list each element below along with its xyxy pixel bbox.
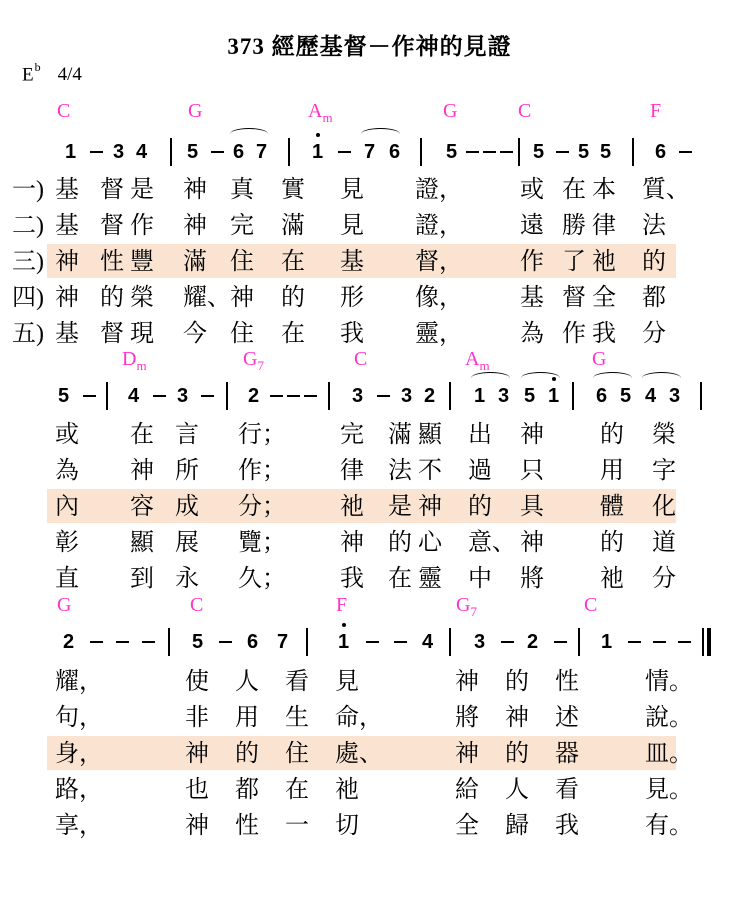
duration-dash xyxy=(366,641,379,643)
lyric-row: 享，神性一切全歸我有。 xyxy=(0,808,739,844)
duration-dash xyxy=(90,151,103,153)
lyric-char: 我 xyxy=(340,563,364,595)
lyric-char: 祂 xyxy=(600,563,624,595)
chord-subscript: 7 xyxy=(257,358,264,373)
lyric-char: 滿 xyxy=(281,210,305,242)
lyric-char: 情。 xyxy=(645,666,693,698)
chord-symbol: Dm xyxy=(122,348,147,371)
lyric-char: 或 xyxy=(520,174,544,206)
note-number: 2 xyxy=(424,382,435,410)
lyric-char: 或 xyxy=(55,419,79,451)
lyric-row: 三)神性豐滿住在基督，作了祂的 xyxy=(0,244,739,280)
lyric-char: 督 xyxy=(100,210,124,242)
lyric-row: 內容成分；祂是神的具體化 xyxy=(0,489,739,525)
lyric-char: 靈 xyxy=(418,563,442,595)
lyric-row: 句，非用生命，將神述說。 xyxy=(0,700,739,736)
lyric-char: 律 xyxy=(592,210,616,242)
barline xyxy=(226,382,228,410)
lyric-char: 的 xyxy=(235,738,259,770)
lyric-char: 在 xyxy=(281,318,305,350)
lyric-char: 中 xyxy=(468,563,492,595)
lyric-char: 住 xyxy=(230,246,254,278)
lyric-char: 覽； xyxy=(238,527,286,559)
lyric-char: 我 xyxy=(340,318,364,350)
note-number: 2 xyxy=(527,628,538,656)
final-barline-thick xyxy=(707,628,711,656)
hymn-sheet: 373 經歷基督－作神的見證 Eb4/4 CGAmGCF134567176555… xyxy=(0,0,739,897)
duration-dash xyxy=(678,641,691,643)
lyric-char: 的 xyxy=(388,527,412,559)
lyric-char: 所 xyxy=(175,455,199,487)
slur-arc xyxy=(230,128,268,140)
duration-dash xyxy=(556,151,569,153)
chord-subscript: 7 xyxy=(470,604,477,619)
lyric-char: 我 xyxy=(555,810,579,842)
lyric-char: 督 xyxy=(100,174,124,206)
lyric-char: 將 xyxy=(520,563,544,595)
note-number: 6 xyxy=(233,138,244,166)
lyric-char: 為 xyxy=(520,318,544,350)
lyric-char: 神 xyxy=(455,738,479,770)
note-number: 5 xyxy=(58,382,69,410)
lyric-char: 滿 xyxy=(183,246,207,278)
lyric-char: 今 xyxy=(183,318,207,350)
lyric-char: 律 xyxy=(340,455,364,487)
lyric-char: 神 xyxy=(55,246,79,278)
lyric-char: 為 xyxy=(55,455,79,487)
note-number: 4 xyxy=(645,382,656,410)
lyric-char: 住 xyxy=(230,318,254,350)
lyric-char: 完 xyxy=(230,210,254,242)
barline xyxy=(106,382,108,410)
lyric-row: 四)神的榮耀、神的形像，基督全都 xyxy=(0,280,739,316)
lyric-char: 人 xyxy=(505,774,529,806)
lyric-char: 命， xyxy=(335,702,383,734)
duration-dash xyxy=(153,395,166,397)
note-number: 5 xyxy=(187,138,198,166)
lyric-char: 見 xyxy=(340,210,364,242)
lyric-char: 全 xyxy=(592,282,616,314)
note-number: 7 xyxy=(277,628,288,656)
lyric-char: 的 xyxy=(600,419,624,451)
lyric-char: 是 xyxy=(388,491,412,523)
barline xyxy=(578,628,580,656)
barline xyxy=(168,628,170,656)
system-3: GCFG7C256714321耀，使人看見神的性情。句，非用生命，將神述說。身，… xyxy=(0,594,739,854)
chord-symbol: Am xyxy=(465,348,490,371)
lyric-char: 作 xyxy=(520,246,544,278)
lyric-char: 神 xyxy=(505,702,529,734)
lyric-char: 神 xyxy=(340,527,364,559)
barline xyxy=(288,138,290,166)
lyric-char: 出 xyxy=(468,419,492,451)
chord-subscript: m xyxy=(136,358,146,373)
lyric-char: 將 xyxy=(455,702,479,734)
lyric-char: 到 xyxy=(130,563,154,595)
lyric-char: 見。 xyxy=(645,774,693,806)
barline xyxy=(420,138,422,166)
note-number: 7 xyxy=(364,138,375,166)
duration-dash xyxy=(219,641,232,643)
duration-dash xyxy=(628,641,641,643)
lyric-char: 給 xyxy=(455,774,479,806)
lyric-char: 意、 xyxy=(468,527,516,559)
system-2: DmG7CAmG543233213516543或在言行；完滿顯出神的榮為神所作；… xyxy=(0,348,739,608)
system-1: CGAmGCF13456717655556一)基督是神真實見證，或在本質、二)基… xyxy=(0,100,739,360)
lyric-char: 神 xyxy=(418,491,442,523)
duration-dash xyxy=(211,151,224,153)
lyric-char: 的 xyxy=(100,282,124,314)
duration-dash xyxy=(90,641,103,643)
lyric-char: 分； xyxy=(238,491,286,523)
lyric-char: 都 xyxy=(235,774,259,806)
note-number: 2 xyxy=(63,628,74,656)
lyric-char: 督 xyxy=(562,282,586,314)
chord-symbol: F xyxy=(336,594,347,617)
final-barline-thin xyxy=(702,628,704,656)
chord-row: GCFG7C xyxy=(0,594,739,620)
lyric-char: 的 xyxy=(505,738,529,770)
note-number: 3 xyxy=(498,382,509,410)
barline xyxy=(518,138,520,166)
lyric-row: 二)基督作神完滿見證，遠勝律法 xyxy=(0,208,739,244)
octave-dot xyxy=(316,133,320,137)
duration-dash xyxy=(201,395,214,397)
lyric-char: 我 xyxy=(592,318,616,350)
lyric-char: 的 xyxy=(468,491,492,523)
duration-dash xyxy=(554,641,567,643)
lyric-char: 作 xyxy=(562,318,586,350)
note-number: 7 xyxy=(256,138,267,166)
lyric-char: 耀、 xyxy=(183,282,231,314)
lyric-char: 久； xyxy=(238,563,286,595)
note-number: 4 xyxy=(128,382,139,410)
slur-arc xyxy=(471,372,510,384)
note-number: 2 xyxy=(248,382,259,410)
key-note: E xyxy=(22,64,34,85)
lyric-char: 的 xyxy=(600,527,624,559)
verse-label: 三) xyxy=(12,246,44,278)
lyric-char: 切 xyxy=(335,810,359,842)
lyric-row: 身，神的住處、神的器皿。 xyxy=(0,736,739,772)
lyric-char: 的 xyxy=(281,282,305,314)
lyric-char: 祂 xyxy=(592,246,616,278)
lyric-char: 分 xyxy=(642,318,666,350)
note-number: 6 xyxy=(389,138,400,166)
slur-arc xyxy=(593,372,632,384)
note-number: 5 xyxy=(578,138,589,166)
lyric-char: 神 xyxy=(183,210,207,242)
lyric-char: 現 xyxy=(130,318,154,350)
notation-row: 543233213516543 xyxy=(0,382,739,410)
duration-dash xyxy=(338,151,351,153)
barline xyxy=(449,382,451,410)
note-number: 6 xyxy=(247,628,258,656)
lyric-row: 一)基督是神真實見證，或在本質、 xyxy=(0,172,739,208)
barline xyxy=(306,628,308,656)
note-number: 1 xyxy=(474,382,485,410)
lyric-row: 或在言行；完滿顯出神的榮 xyxy=(0,417,739,453)
lyric-char: 性 xyxy=(235,810,259,842)
lyric-char: 神 xyxy=(185,738,209,770)
note-number: 3 xyxy=(352,382,363,410)
duration-dash xyxy=(83,395,96,397)
lyric-char: 作 xyxy=(130,210,154,242)
lyric-char: 生 xyxy=(285,702,309,734)
duration-dash xyxy=(483,151,496,153)
barline xyxy=(632,138,634,166)
duration-dash xyxy=(287,395,300,397)
lyric-char: 了 xyxy=(562,246,586,278)
note-number: 5 xyxy=(524,382,535,410)
note-number: 4 xyxy=(136,138,147,166)
duration-dash xyxy=(116,641,129,643)
note-number: 1 xyxy=(338,628,349,656)
notation-row: 256714321 xyxy=(0,628,739,656)
note-number: 5 xyxy=(620,382,631,410)
slur-arc xyxy=(361,128,400,140)
lyric-char: 法 xyxy=(642,210,666,242)
lyric-char: 神 xyxy=(183,174,207,206)
lyric-char: 顯 xyxy=(130,527,154,559)
lyric-char: 路， xyxy=(55,774,103,806)
lyric-char: 祂 xyxy=(335,774,359,806)
slur-arc xyxy=(521,372,560,384)
lyric-char: 法 xyxy=(388,455,412,487)
duration-dash xyxy=(304,395,317,397)
note-number: 4 xyxy=(422,628,433,656)
lyric-char: 人 xyxy=(235,666,259,698)
lyric-char: 字 xyxy=(652,455,676,487)
note-number: 5 xyxy=(192,628,203,656)
lyric-char: 身， xyxy=(55,738,103,770)
lyric-char: 性 xyxy=(555,666,579,698)
lyric-char: 耀， xyxy=(55,666,103,698)
duration-dash xyxy=(500,151,513,153)
lyric-char: 也 xyxy=(185,774,209,806)
lyric-char: 遠 xyxy=(520,210,544,242)
lyric-char: 形 xyxy=(340,282,364,314)
lyric-char: 述 xyxy=(555,702,579,734)
lyric-char: 神 xyxy=(520,419,544,451)
lyric-row: 路，也都在祂給人看見。 xyxy=(0,772,739,808)
chord-symbol: G xyxy=(443,100,457,123)
lyric-char: 都 xyxy=(642,282,666,314)
lyric-char: 神 xyxy=(230,282,254,314)
lyric-char: 真 xyxy=(230,174,254,206)
lyric-row: 耀，使人看見神的性情。 xyxy=(0,664,739,700)
chord-symbol: G xyxy=(57,594,71,617)
barline xyxy=(328,382,330,410)
lyric-char: 的 xyxy=(642,246,666,278)
lyric-char: 督， xyxy=(415,246,463,278)
slur-arc xyxy=(642,372,681,384)
lyric-char: 神 xyxy=(520,527,544,559)
note-number: 3 xyxy=(474,628,485,656)
lyric-char: 完 xyxy=(340,419,364,451)
verse-label: 五) xyxy=(12,318,44,350)
barline xyxy=(700,382,702,410)
lyric-char: 基 xyxy=(520,282,544,314)
verse-label: 一) xyxy=(12,174,44,206)
note-number: 6 xyxy=(655,138,666,166)
lyric-char: 滿 xyxy=(388,419,412,451)
chord-symbol: G xyxy=(188,100,202,123)
lyric-char: 作； xyxy=(238,455,286,487)
lyric-char: 榮 xyxy=(130,282,154,314)
duration-dash xyxy=(142,641,155,643)
duration-dash xyxy=(394,641,407,643)
lyric-row: 直到永久；我在靈中將祂分 xyxy=(0,561,739,597)
lyric-char: 是 xyxy=(130,174,154,206)
lyric-char: 看 xyxy=(555,774,579,806)
note-number: 3 xyxy=(113,138,124,166)
lyric-char: 的 xyxy=(505,666,529,698)
lyric-char: 看 xyxy=(285,666,309,698)
lyric-char: 皿。 xyxy=(645,738,693,770)
lyric-char: 行； xyxy=(238,419,286,451)
final-barline xyxy=(702,628,711,656)
note-number: 1 xyxy=(312,138,323,166)
chord-symbol: C xyxy=(190,594,203,617)
lyric-char: 見 xyxy=(335,666,359,698)
duration-dash xyxy=(679,151,692,153)
lyric-char: 神 xyxy=(130,455,154,487)
lyric-char: 基 xyxy=(55,174,79,206)
note-number: 1 xyxy=(548,382,559,410)
flat-symbol: b xyxy=(35,60,41,74)
note-number: 5 xyxy=(446,138,457,166)
chord-symbol: C xyxy=(518,100,531,123)
lyric-char: 靈， xyxy=(415,318,463,350)
lyric-char: 體 xyxy=(600,491,624,523)
lyric-char: 在 xyxy=(285,774,309,806)
lyric-char: 說。 xyxy=(645,702,693,734)
lyric-char: 證， xyxy=(415,210,463,242)
lyric-char: 督 xyxy=(100,318,124,350)
chord-symbol: G7 xyxy=(243,348,264,371)
key-signature: Eb4/4 xyxy=(22,62,82,86)
lyric-char: 住 xyxy=(285,738,309,770)
lyric-char: 豐 xyxy=(130,246,154,278)
lyric-char: 神 xyxy=(455,666,479,698)
lyric-char: 本 xyxy=(592,174,616,206)
lyric-char: 有。 xyxy=(645,810,693,842)
lyric-char: 基 xyxy=(55,318,79,350)
lyric-char: 享， xyxy=(55,810,103,842)
lyric-char: 具 xyxy=(520,491,544,523)
lyric-char: 展 xyxy=(175,527,199,559)
chord-symbol: G xyxy=(592,348,606,371)
note-number: 1 xyxy=(65,138,76,166)
lyric-row: 五)基督現今住在我靈，為作我分 xyxy=(0,316,739,352)
lyric-char: 化 xyxy=(652,491,676,523)
verse-label: 二) xyxy=(12,210,44,242)
lyric-char: 性 xyxy=(100,246,124,278)
lyric-char: 榮 xyxy=(652,419,676,451)
lyric-char: 彰 xyxy=(55,527,79,559)
note-number: 6 xyxy=(596,382,607,410)
lyric-char: 勝 xyxy=(562,210,586,242)
lyric-char: 非 xyxy=(185,702,209,734)
lyric-char: 不 xyxy=(418,455,442,487)
lyric-char: 證， xyxy=(415,174,463,206)
duration-dash xyxy=(270,395,283,397)
lyric-char: 見 xyxy=(340,174,364,206)
lyric-char: 直 xyxy=(55,563,79,595)
note-number: 5 xyxy=(533,138,544,166)
note-number: 3 xyxy=(401,382,412,410)
chord-subscript: m xyxy=(322,110,332,125)
barline xyxy=(572,382,574,410)
chord-symbol: C xyxy=(354,348,367,371)
barline xyxy=(449,628,451,656)
note-number: 1 xyxy=(601,628,612,656)
lyric-char: 心 xyxy=(418,527,442,559)
lyric-char: 在 xyxy=(388,563,412,595)
lyric-char: 在 xyxy=(130,419,154,451)
duration-dash xyxy=(466,151,479,153)
hymn-title: 373 經歷基督－作神的見證 xyxy=(0,28,739,61)
verse-label: 四) xyxy=(12,282,44,314)
lyric-char: 在 xyxy=(281,246,305,278)
lyric-char: 基 xyxy=(340,246,364,278)
lyric-char: 用 xyxy=(235,702,259,734)
lyric-char: 像， xyxy=(415,282,463,314)
lyric-char: 在 xyxy=(562,174,586,206)
note-number: 5 xyxy=(600,138,611,166)
lyric-char: 用 xyxy=(600,455,624,487)
lyric-char: 祂 xyxy=(340,491,364,523)
lyric-char: 成 xyxy=(175,491,199,523)
lyric-char: 容 xyxy=(130,491,154,523)
lyric-row: 為神所作；律法不過只用字 xyxy=(0,453,739,489)
note-number: 3 xyxy=(669,382,680,410)
lyric-char: 基 xyxy=(55,210,79,242)
lyric-row: 彰顯展覽；神的心意、神的道 xyxy=(0,525,739,561)
duration-dash xyxy=(377,395,390,397)
chord-symbol: G7 xyxy=(456,594,477,617)
lyric-char: 神 xyxy=(185,810,209,842)
barline xyxy=(170,138,172,166)
lyric-char: 質、 xyxy=(642,174,690,206)
lyric-char: 神 xyxy=(55,282,79,314)
chord-symbol: C xyxy=(57,100,70,123)
lyric-char: 器 xyxy=(555,738,579,770)
note-number: 3 xyxy=(177,382,188,410)
lyric-char: 過 xyxy=(468,455,492,487)
chord-symbol: F xyxy=(650,100,661,123)
lyric-char: 永 xyxy=(175,563,199,595)
lyric-char: 全 xyxy=(455,810,479,842)
chord-row: CGAmGCF xyxy=(0,100,739,126)
lyric-char: 處、 xyxy=(335,738,383,770)
chord-subscript: m xyxy=(479,358,489,373)
lyric-char: 只 xyxy=(520,455,544,487)
chord-row: DmG7CAmG xyxy=(0,348,739,374)
notation-row: 13456717655556 xyxy=(0,138,739,166)
lyric-char: 實 xyxy=(281,174,305,206)
duration-dash xyxy=(653,641,666,643)
duration-dash xyxy=(501,641,514,643)
lyric-char: 內 xyxy=(55,491,79,523)
chord-symbol: Am xyxy=(308,100,333,123)
lyric-char: 言 xyxy=(175,419,199,451)
lyric-char: 一 xyxy=(285,810,309,842)
lyric-char: 顯 xyxy=(418,419,442,451)
chord-symbol: C xyxy=(584,594,597,617)
lyric-char: 句， xyxy=(55,702,103,734)
